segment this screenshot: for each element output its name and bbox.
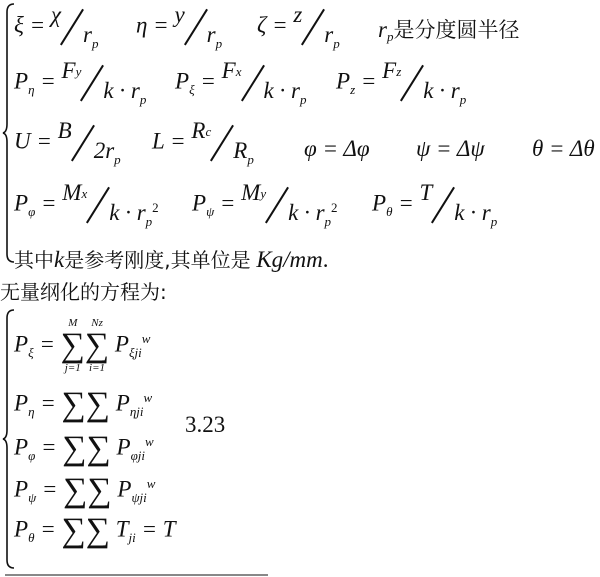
eq-sum-p-theta: Pθ = ∑∑ Tji = T bbox=[14, 514, 176, 548]
eq-zeta: ζ = zrp bbox=[257, 8, 340, 46]
eq-xi: ξ = χrp bbox=[14, 8, 98, 46]
eq-u: U = B2rp bbox=[14, 124, 121, 162]
eq-sum-p-eta: Pη = ∑∑ Pηjiw bbox=[14, 388, 152, 422]
footnote-divider bbox=[5, 574, 268, 576]
note-rp-pitch-radius: rp是分度圆半径 bbox=[378, 14, 519, 44]
eq-eta: η = yrp bbox=[136, 8, 222, 46]
eq-p-z: Pz = Fzk · rp bbox=[336, 64, 466, 102]
eq-psi: ψ = Δψ bbox=[416, 136, 485, 162]
eq-p-psi: Pψ = Myk · rp2 bbox=[192, 186, 338, 224]
eq-l: L = RcRp bbox=[152, 124, 254, 162]
eq-p-phi: Pφ = Mxk · rp2 bbox=[14, 186, 159, 224]
eq-sum-p-phi: Pφ = ∑∑ Pφjiw bbox=[14, 432, 154, 466]
eq-phi: φ = Δφ bbox=[304, 136, 370, 162]
eq-p-xi: Pξ = Fxk · rp bbox=[175, 64, 306, 102]
stiffness-note: 其中k是参考刚度,其单位是 Kg/mm. bbox=[14, 244, 329, 273]
eq-p-eta: Pη = Fyk · rp bbox=[14, 64, 146, 102]
eq-sum-p-xi: Pξ = M∑j=1Nz∑i=1 Pξjiw bbox=[14, 318, 150, 374]
equation-number: 3.23 bbox=[185, 412, 225, 438]
heading-dimensionless-equations: 无量纲化的方程为: bbox=[0, 276, 167, 305]
eq-sum-p-psi: Pψ = ∑∑ Pψjiw bbox=[14, 474, 155, 508]
eq-p-theta: Pθ = Tk · rp bbox=[372, 186, 497, 224]
eq-theta: θ = Δθ bbox=[532, 136, 595, 162]
